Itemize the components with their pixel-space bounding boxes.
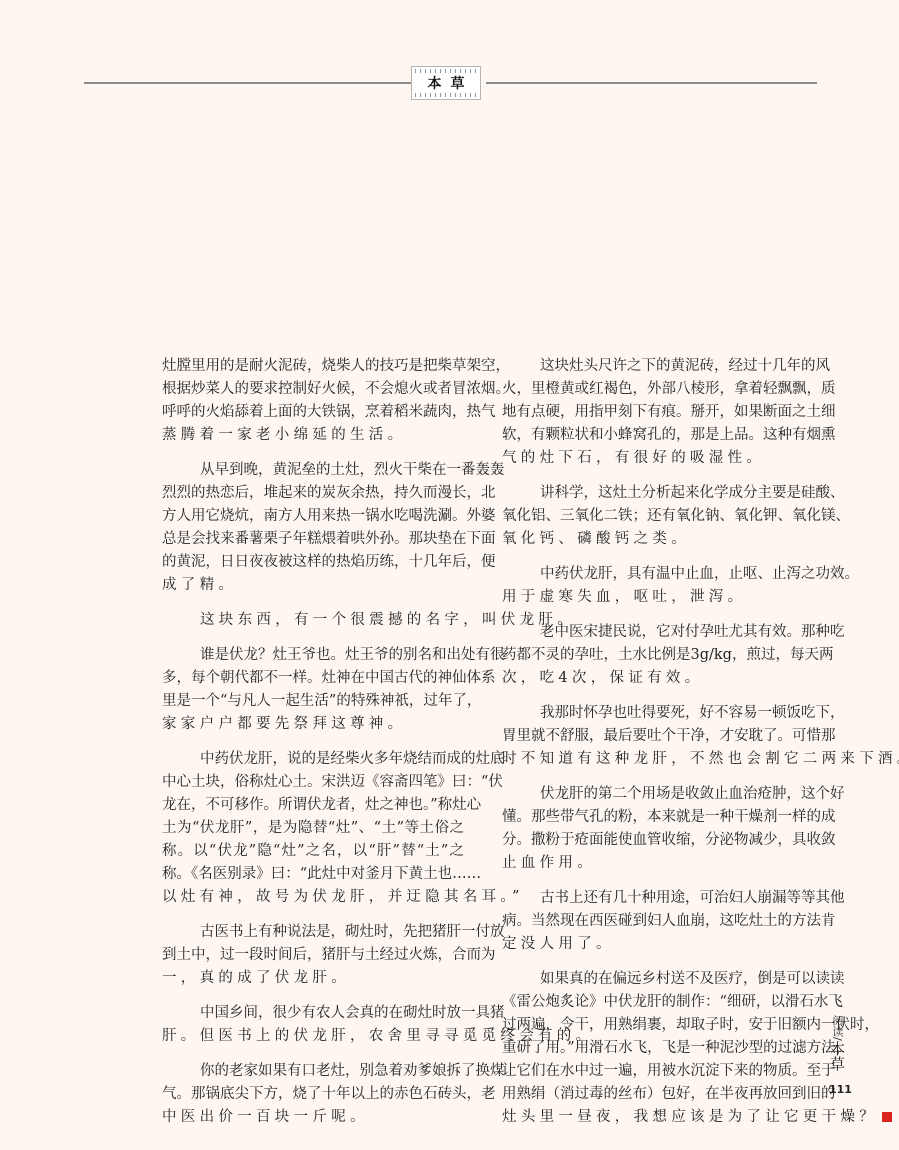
- text-line: 多，每个朝代都不一样。灶神在中国古代的神仙体系: [162, 667, 464, 690]
- text-line: 呼呼的火焰舔着上面的大铁锅，烹着稻米蔬肉，热气: [162, 401, 464, 424]
- text-line: 定没人用了。: [502, 933, 804, 956]
- text-line: 伏龙肝的第二个用场是收敛止血治疮肿，这个好: [502, 783, 804, 806]
- text-line: 用熟绢（消过毒的丝布）包好，在半夜再放回到旧的: [502, 1083, 804, 1106]
- section-side-label: 阅读/本草: [832, 1015, 848, 1071]
- paragraph: 讲科学，这灶土分析起来化学成分主要是硅酸、氧化铝、三氧化二铁；还有氧化钠、氧化钾…: [502, 482, 804, 551]
- side-label-big: 本草: [828, 1041, 846, 1071]
- text-line: 让它们在水中过一遍，用被水沉淀下来的物质。至于: [502, 1060, 804, 1083]
- text-line: 方人用它烧炕，南方人用来热一锅水吃喝洗涮。外婆: [162, 505, 464, 528]
- paragraph: 如果真的在偏远乡村送不及医疗，倒是可以读读《雷公炮炙论》中伏龙肝的制作：“细研，…: [502, 968, 804, 1129]
- text-line: 火，里橙黄或红褐色，外部八棱形，拿着轻飘飘，质: [502, 378, 804, 401]
- paragraph: 从早到晚，黄泥垒的土灶，烈火干柴在一番轰轰烈烈的热恋后，堆起来的炭灰余热，持久而…: [162, 459, 464, 597]
- text-line: 病。当然现在西医碰到妇人血崩，这吃灶土的方法肯: [502, 910, 804, 933]
- text-line: 如果真的在偏远乡村送不及医疗，倒是可以读读: [502, 968, 804, 991]
- text-line: 中国乡间，很少有农人会真的在砌灶时放一具猪: [162, 1002, 464, 1025]
- text-line: 分。撒粉于疮面能使血管收缩，分泌物减少，具收敛: [502, 829, 804, 852]
- page-number: 111: [829, 1083, 852, 1096]
- text-line: 到土中，过一段时间后，猪肝与土经过火炼，合而为: [162, 944, 464, 967]
- paragraph: 灶膛里用的是耐火泥砖，烧柴人的技巧是把柴草架空，根据炒菜人的要求控制好火候，不会…: [162, 355, 464, 447]
- text-line: 氧化铝、三氧化二铁；还有氧化钠、氧化钾、氧化镁、: [502, 505, 804, 528]
- text-line: 我那时怀孕也吐得要死，好不容易一顿饭吃下，: [502, 702, 804, 725]
- text-line: 根据炒菜人的要求控制好火候，不会熄火或者冒浓烟。: [162, 378, 464, 401]
- text-line: 氧化钙、磷酸钙之类。: [502, 528, 804, 551]
- text-line: 灶膛里用的是耐火泥砖，烧柴人的技巧是把柴草架空，: [162, 355, 464, 378]
- text-line: 胃里就不舒服，最后要吐个干净，才安耽了。可惜那: [502, 725, 804, 748]
- text-line: 蒸腾着一家老小绵延的生活。: [162, 424, 464, 447]
- text-line: 以灶有神，故号为伏龙肝，并迂隐其名耳。”: [162, 886, 464, 909]
- text-line: 你的老家如果有口老灶，别急着劝爹娘拆了换煤: [162, 1060, 464, 1083]
- text-line: 总是会找来番薯栗子年糕煨着哄外孙。那块垫在下面: [162, 528, 464, 551]
- text-line: 重研了用。”用滑石水飞，飞是一种泥沙型的过滤方法，: [502, 1037, 804, 1060]
- text-line: 《雷公炮炙论》中伏龙肝的制作：“细研，以滑石水飞: [502, 991, 804, 1014]
- text-line: 止血作用。: [502, 852, 804, 875]
- text-line: 气。那锅底尖下方，烧了十年以上的赤色石砖头，老: [162, 1083, 464, 1106]
- text-line: 懂。那些带气孔的粉，本来就是一种干燥剂一样的成: [502, 806, 804, 829]
- text-line: 老中医宋捷民说，它对付孕吐尤其有效。那种吃: [502, 621, 804, 644]
- text-line: 用于虚寒失血，呕吐，泄泻。: [502, 586, 804, 609]
- paragraph: 谁是伏龙？灶王爷也。灶王爷的别名和出处有很多，每个朝代都不一样。灶神在中国古代的…: [162, 644, 464, 736]
- text-line: 从早到晚，黄泥垒的土灶，烈火干柴在一番轰轰: [162, 459, 464, 482]
- text-line: 家家户户都要先祭拜这尊神。: [162, 713, 464, 736]
- text-line: 药都不灵的孕吐，土水比例是3g/kg，煎过，每天两: [502, 644, 804, 667]
- text-line: 这块东西，有一个很震撼的名字，叫伏龙肝。: [162, 609, 464, 632]
- text-line: 龙在，不可移作。所谓伏龙者，灶之神也。”称灶心: [162, 794, 464, 817]
- paragraph: 你的老家如果有口老灶，别急着劝爹娘拆了换煤气。那锅底尖下方，烧了十年以上的赤色石…: [162, 1060, 464, 1129]
- text-line: 时不知道有这种龙肝，不然也会割它二两来下酒。: [502, 748, 804, 771]
- text-line: 称。《名医别录》曰：“此灶中对釜月下黄土也……: [162, 863, 464, 886]
- header-rule-right: [486, 82, 817, 84]
- header-rule-left: [84, 82, 412, 84]
- paragraph: 古书上还有几十种用途，可治妇人崩漏等等其他病。当然现在西医碰到妇人血崩，这吃灶土…: [502, 887, 804, 956]
- text-line: 灶头里一昼夜，我想应该是为了让它更干燥？: [502, 1106, 804, 1129]
- text-line: 中药伏龙肝，具有温中止血，止呕、止泻之功效。: [502, 563, 804, 586]
- section-tag: 本草: [411, 66, 481, 100]
- text-line: 谁是伏龙？灶王爷也。灶王爷的别名和出处有很: [162, 644, 464, 667]
- text-line: 气的灶下石，有很好的吸湿性。: [502, 447, 804, 470]
- text-line: 软，有颗粒状和小蜂窝孔的，那是上品。这种有烟熏: [502, 424, 804, 447]
- text-line: 过两遍，令干，用熟绢裹，却取子时，安于旧额内一伏时，: [502, 1014, 804, 1037]
- paragraph: 老中医宋捷民说，它对付孕吐尤其有效。那种吃药都不灵的孕吐，土水比例是3g/kg，…: [502, 621, 804, 690]
- paragraph: 我那时怀孕也吐得要死，好不容易一顿饭吃下，胃里就不舒服，最后要吐个干净，才安耽了…: [502, 702, 804, 771]
- text-line: 地有点硬，用指甲刻下有痕。掰开，如果断面之土细: [502, 401, 804, 424]
- paragraph: 中国乡间，很少有农人会真的在砌灶时放一具猪肝。但医书上的伏龙肝，农舍里寻寻觅觅终…: [162, 1002, 464, 1048]
- text-line: 烈烈的热恋后，堆起来的炭灰余热，持久而漫长，北: [162, 482, 464, 505]
- paragraph: 这块灶头尺许之下的黄泥砖，经过十几年的风火，里橙黄或红褐色，外部八棱形，拿着轻飘…: [502, 355, 804, 470]
- paragraph: 古医书上有种说法是，砌灶时，先把猪肝一付放到土中，过一段时间后，猪肝与土经过火炼…: [162, 921, 464, 990]
- text-line: 中医出价一百块一斤呢。: [162, 1106, 464, 1129]
- article-column-right: 这块灶头尺许之下的黄泥砖，经过十几年的风火，里橙黄或红褐色，外部八棱形，拿着轻飘…: [502, 355, 804, 1141]
- text-line: 古书上还有几十种用途，可治妇人崩漏等等其他: [502, 887, 804, 910]
- text-line: 成了精。: [162, 574, 464, 597]
- article-column-left: 灶膛里用的是耐火泥砖，烧柴人的技巧是把柴草架空，根据炒菜人的要求控制好火候，不会…: [162, 355, 464, 1141]
- end-of-article-mark: [882, 1112, 892, 1122]
- text-line: 古医书上有种说法是，砌灶时，先把猪肝一付放: [162, 921, 464, 944]
- text-line: 讲科学，这灶土分析起来化学成分主要是硅酸、: [502, 482, 804, 505]
- text-line: 次，吃4次，保证有效。: [502, 667, 804, 690]
- text-line: 土为“伏龙肝”，是为隐替“灶”、“土”等土俗之: [162, 817, 464, 840]
- text-line: 一，真的成了伏龙肝。: [162, 967, 464, 990]
- side-label-small: 阅读: [831, 1015, 844, 1037]
- text-line: 的黄泥，日日夜夜被这样的热焰历练，十几年后，便: [162, 551, 464, 574]
- text-line: 里是一个“与凡人一起生活”的特殊神祇，过年了，: [162, 690, 464, 713]
- paragraph: 中药伏龙肝，具有温中止血，止呕、止泻之功效。用于虚寒失血，呕吐，泄泻。: [502, 563, 804, 609]
- paragraph: 中药伏龙肝，说的是经柴火多年烧结而成的灶底中心土块，俗称灶心土。宋洪迈《容斋四笔…: [162, 748, 464, 909]
- paragraph: 这块东西，有一个很震撼的名字，叫伏龙肝。: [162, 609, 464, 632]
- text-line: 肝。但医书上的伏龙肝，农舍里寻寻觅觅终会有的。: [162, 1025, 464, 1048]
- text-line: 中药伏龙肝，说的是经柴火多年烧结而成的灶底: [162, 748, 464, 771]
- paragraph: 伏龙肝的第二个用场是收敛止血治疮肿，这个好懂。那些带气孔的粉，本来就是一种干燥剂…: [502, 783, 804, 875]
- text-line: 称。以“伏龙”隐“灶”之名，以“肝”替“土”之: [162, 840, 464, 863]
- text-line: 中心土块，俗称灶心土。宋洪迈《容斋四笔》曰：“伏: [162, 771, 464, 794]
- section-title: 本草: [428, 73, 474, 93]
- text-line: 这块灶头尺许之下的黄泥砖，经过十几年的风: [502, 355, 804, 378]
